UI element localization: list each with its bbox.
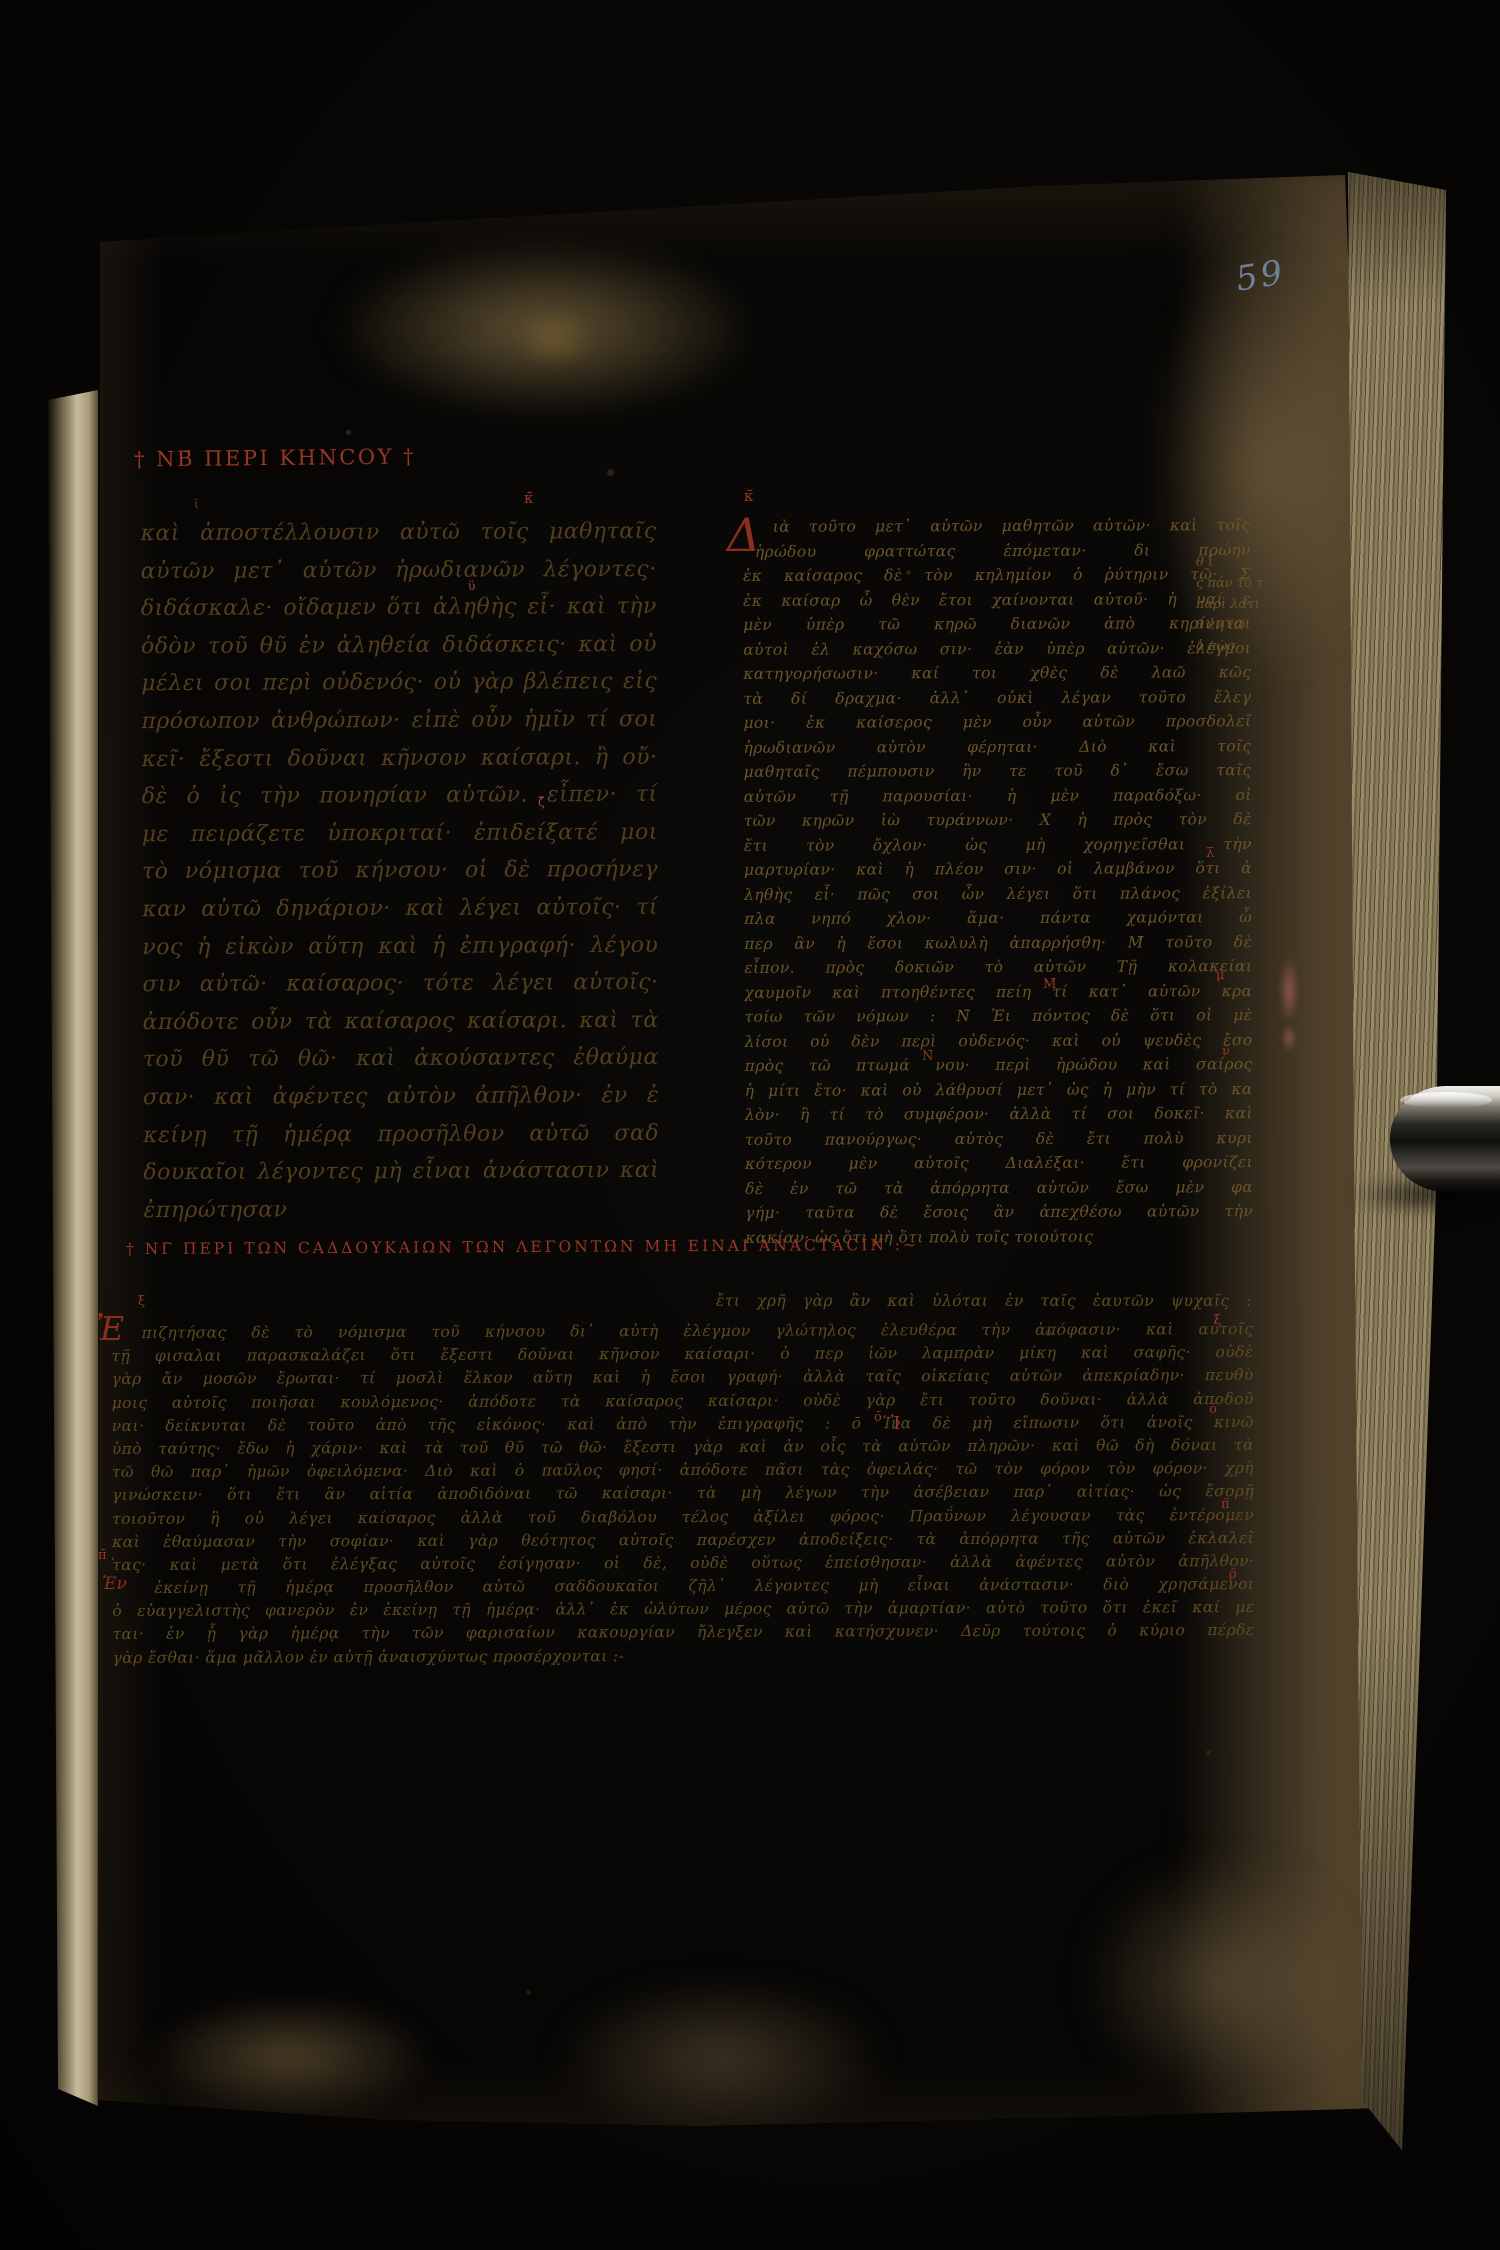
margin-section-letter: π̄ , xyxy=(98,1548,115,1563)
text-line: τὰ δί δραχμα· ἀλλ᾽ οὐκὶ λέγαν τοῦτο ἔλεγ xyxy=(743,685,1251,711)
text-line: γινώσκειν· ὅτι ἔτι ἂν αἰτία ἀποδιδόναι τ… xyxy=(112,1480,1254,1507)
text-line: καὶ ἀποστέλλουσιν αὐτῶ τοῖς μαθηταῖς xyxy=(140,513,656,553)
text-line: τῶν κηρῶν ἰὼ τυράννων· Χ ἡ πρὸς τὸν δὲ xyxy=(744,807,1252,833)
text-line: ἀπόδοτε οὖν τὰ καίσαρος καίσαρι. καὶ τὰ xyxy=(143,1002,659,1042)
interlinear-mark: ζ̄ xyxy=(538,795,545,809)
page-weight-highlight xyxy=(1400,1092,1492,1108)
commentary-continuation-line: ἔτι χρῆ γὰρ ἂν καὶ ὑλόται ἐν ταῖς ἑαυτῶν… xyxy=(716,1292,1252,1315)
text-line: μαρτυρίαν· καὶ ἡ πλέον σιν· οἱ λαμβάνον … xyxy=(744,856,1252,882)
text-line: πρὸς τῶ πτωμά νου· περὶ ἡρώδου καὶ σαίρο… xyxy=(745,1052,1253,1078)
margin-section-letter: λ̄ xyxy=(1206,846,1214,861)
text-line: καν αὐτῶ δηνάριον· καὶ λέγει αὐτοῖς· τί xyxy=(142,889,658,929)
text-line: τοῦ θῦ τῶ θῶ· καὶ ἀκούσαντες ἐθαύμα xyxy=(143,1039,659,1079)
parchment-stain xyxy=(516,308,594,368)
text-line: ἐκ καίσαρος δὲ τὸν κηλημίον ὁ ῥύτηριν τῶ… xyxy=(743,562,1251,588)
text-line: γὰρ ἄν μοσῶν ἔρωται· τί μοσλὶ ἕλκον αὕτη… xyxy=(112,1364,1254,1391)
text-line: σαν· καὶ ἀφέντες αὐτὸν ἀπῆλθον· ἐν ἐ xyxy=(143,1077,659,1117)
text-line: περ ἂν ἡ ἔσοι κωλυλὴ ἀπαρρήσθη· Μ̄ τοῦτο… xyxy=(744,930,1252,956)
folio-number: 59 xyxy=(1233,252,1288,299)
text-line: πρόσωπον ἀνθρώπων· εἰπὲ οὖν ἡμῖν τί σοι … xyxy=(141,701,657,741)
text-line: δὲ ἐν τῶ τὰ ἀπόρρητα αὐτῶν ἔσω μὲν φα xyxy=(745,1175,1253,1201)
text-line: χαυμοῖν καὶ πτοηθέντες πείη τί κατ᾽ αὐτῶ… xyxy=(744,979,1252,1005)
margin-section-letter: ξ xyxy=(138,1294,145,1309)
parchment-stain xyxy=(556,1980,886,2140)
text-line: ληθὴς εἶ· πῶς σοι ὦν λέγει ὅτι πλάνος ἐξ… xyxy=(744,881,1252,907)
text-line: κείνῃ τῇ ἡμέρᾳ προσῆλθον αὐτῶ σαδ xyxy=(143,1114,659,1154)
text-line: τὸ νόμισμα τοῦ κήνσου· οἱ δὲ προσήνεγ xyxy=(142,851,658,891)
text-line: αὐτῶν τῇ παρουσίαι· ἡ μὲν παραδόξω· οἱ xyxy=(744,783,1252,809)
inline-section-number: Μ̄ xyxy=(1043,977,1056,992)
text-line: αὐτῶν μετ᾽ αὐτῶν ἡρωδιανῶν λέγοντες· xyxy=(141,550,657,590)
column-number-mark-left: κ̄ xyxy=(524,489,533,507)
text-line: γήμ· ταῦτα δὲ ἔσοις ἂν ἀπεχθέσω αὐτῶν τὴ… xyxy=(745,1199,1253,1225)
text-line: πλα νηπό χλον· ἅμα· πάντα χαμόνται ὦ xyxy=(744,905,1252,931)
text-line: ἡ μίτι ἔτο· καὶ οὐ λάθρυσί μετ᾽ ὡς ἡ μὴν… xyxy=(745,1077,1253,1103)
interlinear-mark: ϊ xyxy=(194,497,199,511)
text-line: κατηγορήσωσιν· καί τοι χθὲς δὲ λαῶ κῶς xyxy=(743,660,1251,686)
margin-section-letter: ν̈ xyxy=(1222,1044,1230,1059)
parchment-stain xyxy=(330,238,760,418)
inline-rubricated-iota: Ἰ xyxy=(891,1413,900,1434)
text-line: ἡρώδου φραττώτας ἑπόμεταν· δι πρώην xyxy=(743,538,1251,564)
text-line: εἶπον. πρὸς δοκιῶν τὸ αὐτῶν Τῇ κολακείαι xyxy=(744,954,1252,980)
text-line: παρὶ λατι xyxy=(1196,594,1263,615)
margin-section-letter: π̈ xyxy=(1221,1497,1230,1512)
text-line: δουκαῖοι λέγοντες μὴ εἶναι ἀνάστασιν καὶ xyxy=(143,1152,659,1192)
text-line: με πειράζετε ὑποκριταί· ἐπιδείξατέ μοι xyxy=(142,814,658,854)
text-line: σιν αὐτῶ· καίσαρος· τότε λέγει αὐτοῖς· xyxy=(142,964,658,1004)
text-line: νος ἡ εἰκὼν αὕτη καὶ ἡ ἐπιγραφή· λέγου xyxy=(142,926,658,966)
commentary-column: ιὰ τοῦτο μετ᾽ αὐτῶν μαθητῶν αὐτῶν· καὶ τ… xyxy=(743,513,1254,1250)
inline-section-number: Ν̄ xyxy=(922,1049,933,1064)
text-line: αὐτοὶ ἐλ καχόσω σιν· ἐὰν ὑπὲρ αὐτῶν· ἐλέ… xyxy=(743,636,1251,662)
margin-section-letter: ρ̈ xyxy=(1229,1567,1237,1582)
text-line: θ ἐν τῶ xyxy=(1196,615,1263,636)
page-weight-bar xyxy=(1390,1086,1500,1192)
text-line: ἐπηρώτησαν xyxy=(143,1190,659,1230)
inline-section-number: ο̄ xyxy=(874,1410,882,1425)
text-line: ἐκ καίσαρ ὦ θὲν ἔτοι χαίνονται αὐτοῦ· ἡ … xyxy=(743,587,1251,613)
text-line: ἔτι τὸν ὄχλον· ὡς μὴ χορηγεῖσθαι τὴν xyxy=(744,832,1252,858)
page-weight-shadow xyxy=(1352,1178,1500,1212)
foxing-specks xyxy=(346,430,351,435)
book-fore-edge xyxy=(1338,160,1458,2165)
marginal-gloss: θ ἰς πάν τό τπαρὶ λατιθ ἐν τῶὁ πὼσ xyxy=(1196,552,1263,657)
parchment-stain xyxy=(1086,1856,1356,2106)
lower-commentary-block: πιζητήσας δὲ τὸ νόμισμα τοῦ κήνσου δι᾽ α… xyxy=(111,1318,1254,1670)
text-line: ς πάν τό τ xyxy=(1196,573,1263,594)
pink-ink-smudge xyxy=(1282,1024,1296,1052)
manuscript-photograph: 59 † ΝΒ̄ ΠΕΡΙ ΚΗΝCΟΥ † κ̄ κ̄ καὶ ἀποστέλ… xyxy=(0,0,1500,2250)
text-line: δὲ ὁ ἰς τὴν πονηρίαν αὐτῶν. εἶπεν· τί xyxy=(142,776,658,816)
text-line: ὁ πὼσ xyxy=(1196,636,1263,657)
gospel-text-column: καὶ ἀποστέλλουσιν αὐτῶ τοῖς μαθηταῖςαὐτῶ… xyxy=(140,513,659,1230)
margin-section-letter: μ̈ xyxy=(1216,968,1224,983)
text-line: λίσοι οὐ δὲν περὶ οὐδενός· καὶ οὐ ψευδὲς… xyxy=(745,1028,1253,1054)
margin-section-letter: ξ̄ xyxy=(1214,1313,1221,1328)
text-line: ται· ἐν ᾗ γὰρ ἡμέρᾳ τὴν τῶν φαρισαίων κα… xyxy=(112,1619,1254,1646)
text-line: μοι· ἐκ καίσερος μὲν οὖν αὐτῶν προσδολεῖ xyxy=(743,709,1251,735)
text-line: θ ἰ xyxy=(1196,552,1263,573)
pink-ink-smudge xyxy=(1280,958,1298,1022)
text-line: τοῦτο πανούργως· αὐτὸς δὲ ἔτι πολὺ κυρι xyxy=(745,1126,1253,1152)
interlinear-mark: ϋ xyxy=(468,579,475,593)
column-number-mark-right: κ̄ xyxy=(744,487,753,505)
text-line: διδάσκαλε· οἴδαμεν ὅτι ἀληθὴς εἶ· καὶ τὴ… xyxy=(141,588,657,628)
text-line: ἡρωδιανῶν αὐτὸν φέρηται· Διὸ καὶ τοῖς xyxy=(743,734,1251,760)
text-line: κότερον μὲν αὐτοῖς Διαλέξαι· ἔτι φρονίζε… xyxy=(745,1150,1253,1176)
text-line: λὸν· ἢ τί τὸ συμφέρον· ἀλλὰ τί σοι δοκεῖ… xyxy=(745,1101,1253,1127)
text-line: μαθηταῖς πέμπουσιν ἢν τε τοῦ δ᾽ ἔσω ταῖς xyxy=(744,758,1252,784)
text-line: γὰρ ἔσθαι· ἅμα μᾶλλον ἐν αὐτῇ ἀναισχύντω… xyxy=(113,1643,1255,1670)
facing-page-edge xyxy=(48,390,98,2106)
text-line: κεῖ· ἔξεστι δοῦναι κῆνσον καίσαρι. ἢ οὔ·… xyxy=(141,738,657,778)
text-line: ιὰ τοῦτο μετ᾽ αὐτῶν μαθητῶν αὐτῶν· καὶ τ… xyxy=(743,513,1251,539)
margin-section-letter: ο̄ xyxy=(1209,1402,1217,1417)
text-line: μέλει σοι περὶ οὐδενός· οὐ γὰρ βλέπεις ε… xyxy=(141,663,657,703)
chapter-rubric-53: † ΝΓ̄ ΠΕΡΙ ΤΩΝ CΑΔΔΟΥΚΑΙΩΝ ΤΩΝ ΛΕΓΟΝΤΩΝ … xyxy=(126,1236,919,1258)
chapter-rubric-52: † ΝΒ̄ ΠΕΡΙ ΚΗΝCΟΥ † xyxy=(134,445,416,472)
text-line: ὁδὸν τοῦ θῦ ἐν ἀληθεία διδάσκεις· καὶ οὐ xyxy=(141,626,657,666)
parchment-stain xyxy=(144,1998,434,2118)
text-line: μὲν ὑπὲρ τῶ κηρῶ διανῶν ἀπὸ κηρίνηται xyxy=(743,611,1251,637)
text-line: τοίω τῶν νόμων : Ν̄ Ἐι πόντος δὲ ὅτι οἱ … xyxy=(744,1003,1252,1029)
